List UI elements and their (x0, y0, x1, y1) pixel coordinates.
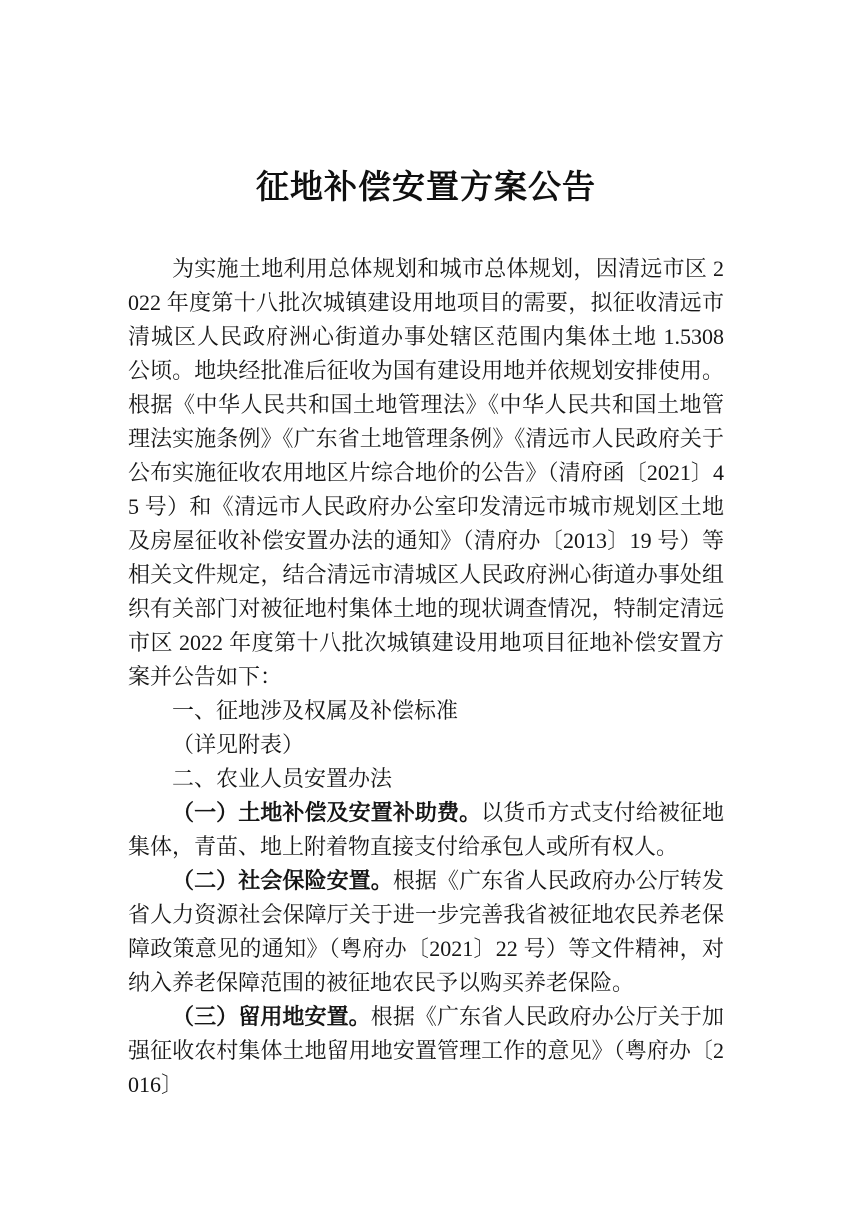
paragraph-text: 二、农业人员安置办法 (172, 766, 392, 791)
paragraph-text: 一、征地涉及权属及补偿标准 (172, 698, 458, 723)
paragraph-lead: （三）留用地安置。 (172, 1004, 371, 1029)
paragraph-intro: 为实施土地利用总体规划和城市总体规划，因清远市区 2022 年度第十八批次城镇建… (128, 252, 724, 694)
paragraph-item-3: （三）留用地安置。根据《广东省人民政府办公厅关于加强征收农村集体土地留用地安置管… (128, 1000, 724, 1102)
section-heading-2: 二、农业人员安置办法 (128, 762, 724, 796)
paragraph-lead: （一）土地补偿及安置补助费。 (172, 800, 481, 825)
document-page: 征地补偿安置方案公告 为实施土地利用总体规划和城市总体规划，因清远市区 2022… (0, 0, 850, 1205)
document-content: 征地补偿安置方案公告 为实施土地利用总体规划和城市总体规划，因清远市区 2022… (128, 168, 724, 1102)
paragraph-item-2: （二）社会保险安置。根据《广东省人民政府办公厅转发省人力资源社会保障厅关于进一步… (128, 864, 724, 1000)
paragraph-lead: （二）社会保险安置。 (172, 868, 393, 893)
paragraph-text: （详见附表） (172, 732, 304, 757)
paragraph-see-attachment: （详见附表） (128, 728, 724, 762)
page-title: 征地补偿安置方案公告 (128, 168, 724, 208)
paragraph-item-1: （一）土地补偿及安置补助费。以货币方式支付给被征地集体，青苗、地上附着物直接支付… (128, 796, 724, 864)
paragraph-text: 为实施土地利用总体规划和城市总体规划，因清远市区 2022 年度第十八批次城镇建… (128, 256, 724, 689)
section-heading-1: 一、征地涉及权属及补偿标准 (128, 694, 724, 728)
